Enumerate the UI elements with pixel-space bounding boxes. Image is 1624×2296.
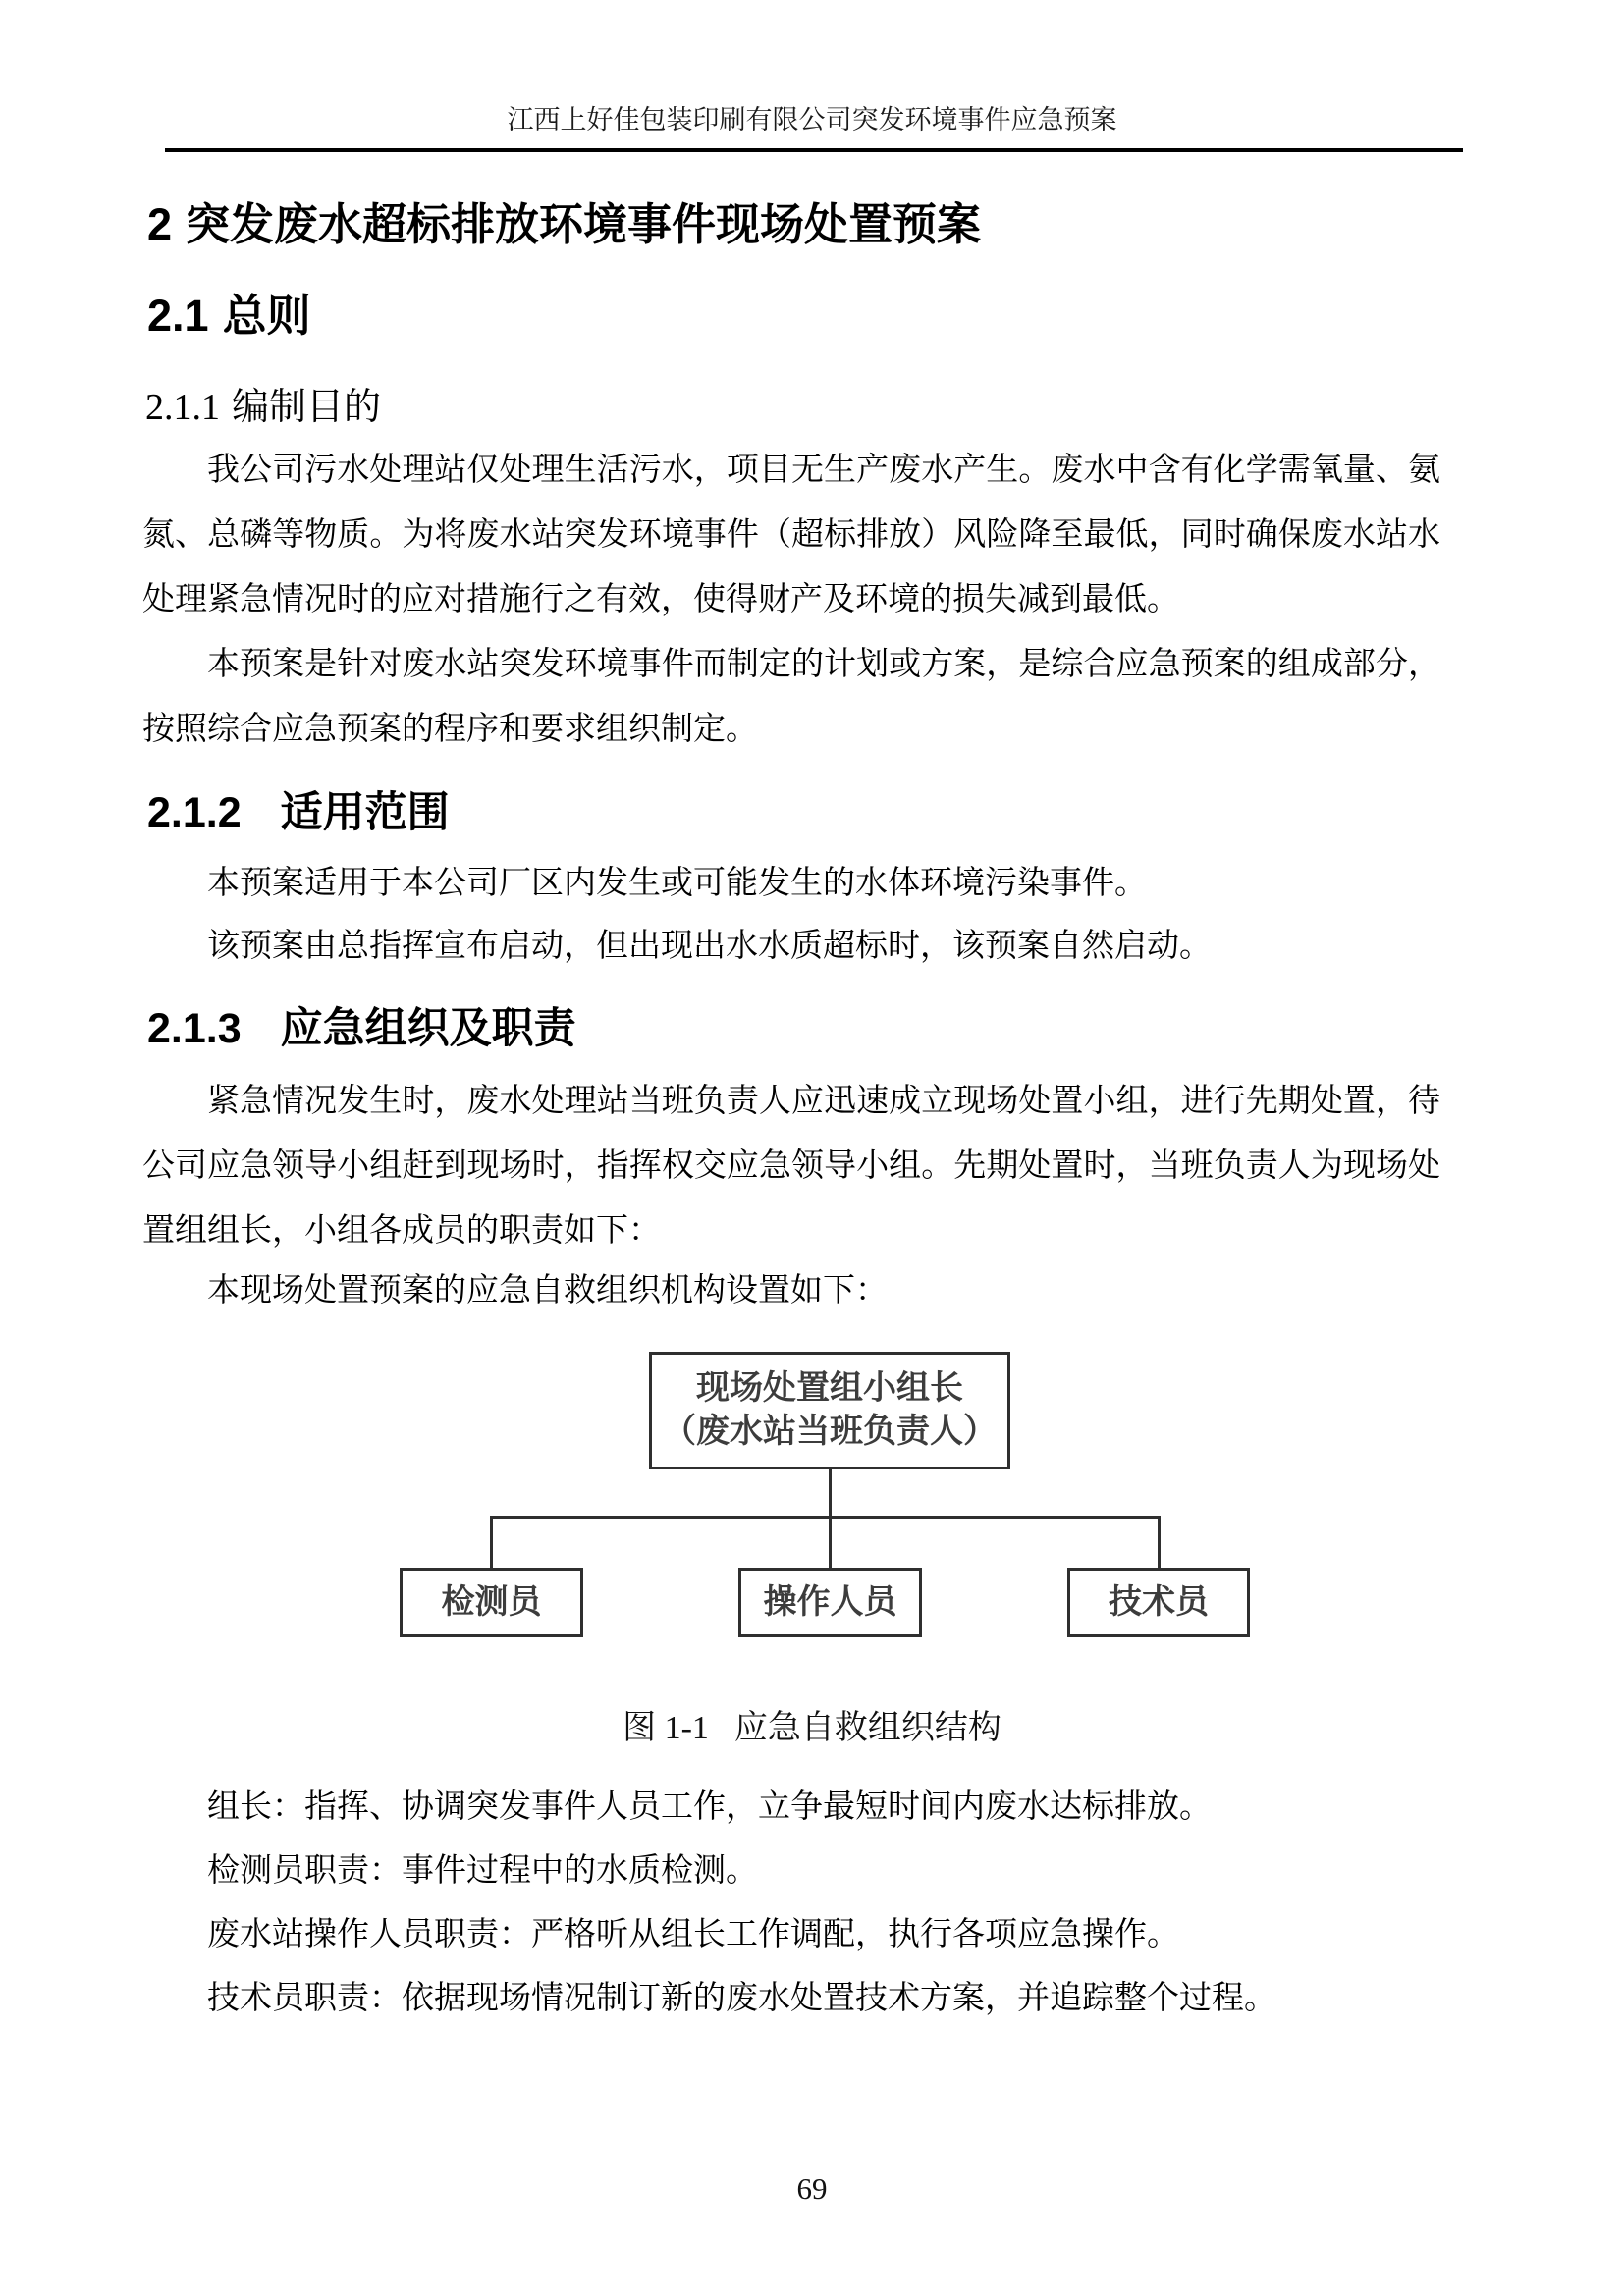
org-root-box: 现场处置组小组长 （废水站当班负责人） (649, 1352, 1010, 1469)
section-2-1-1-heading: 2.1.1编制目的 (145, 386, 381, 429)
connector-stub-middle (829, 1516, 832, 1570)
chapter-heading: 2突发废水超标排放环境事件现场处置预案 (147, 200, 981, 249)
figure-caption-label: 图 1-1 (623, 1710, 709, 1746)
connector-stub-right (1158, 1516, 1161, 1570)
connector-horizontal-line (491, 1516, 1161, 1519)
document-page: 江西上好佳包装印刷有限公司突发环境事件应急预案 2突发废水超标排放环境事件现场处… (0, 0, 1624, 2296)
duty-line-inspector: 检测员职责：事件过程中的水质检测。 (142, 1840, 1440, 1903)
paragraph: 本现场处置预案的应急自救组织机构设置如下： (142, 1258, 1440, 1323)
section-2-1-3-number: 2.1.3 (147, 1004, 242, 1053)
section-2-1-number: 2.1 (147, 292, 209, 341)
section-2-1-1-title: 编制目的 (232, 387, 381, 428)
paragraph: 该预案由总指挥宣布启动，但出现出水水质超标时，该预案自然启动。 (142, 914, 1440, 979)
section-2-1-3-title: 应急组织及职责 (281, 1005, 576, 1052)
duty-line-technician: 技术员职责：依据现场情况制订新的废水处置技术方案，并追踪整个过程。 (142, 1967, 1440, 2031)
section-2-1-2-heading: 2.1.2适用范围 (147, 788, 450, 837)
duty-line-leader: 组长：指挥、协调突发事件人员工作，立争最短时间内废水达标排放。 (142, 1776, 1440, 1840)
org-child-box-operators: 操作人员 (738, 1568, 922, 1637)
paragraph: 本预案是针对废水站突发环境事件而制定的计划或方案，是综合应急预案的组成部分，按照… (142, 632, 1440, 762)
org-child-box-inspector: 检测员 (400, 1568, 583, 1637)
figure-caption-title: 应急自救组织结构 (734, 1710, 1001, 1746)
connector-stub-left (490, 1516, 493, 1570)
org-root-line1: 现场处置组小组长 (696, 1367, 963, 1411)
chapter-number: 2 (147, 200, 172, 249)
connector-root-stem (829, 1469, 832, 1519)
figure-caption: 图 1-1应急自救组织结构 (0, 1707, 1624, 1750)
section-2-1-heading: 2.1总则 (147, 292, 311, 341)
paragraph: 紧急情况发生时，废水处理站当班负责人应迅速成立现场处置小组，进行先期处置，待公司… (142, 1069, 1440, 1263)
section-2-1-1-number: 2.1.1 (145, 387, 220, 428)
duty-line-operator: 废水站操作人员职责：严格听从组长工作调配，执行各项应急操作。 (142, 1903, 1440, 1967)
org-child-box-technician: 技术员 (1067, 1568, 1250, 1637)
paragraph: 本预案适用于本公司厂区内发生或可能发生的水体环境污染事件。 (142, 851, 1440, 916)
section-2-1-3-heading: 2.1.3应急组织及职责 (147, 1004, 576, 1053)
org-root-line2: （废水站当班负责人） (663, 1411, 997, 1454)
page-number: 69 (0, 2169, 1624, 2209)
section-2-1-title: 总则 (223, 291, 311, 341)
header-rule (165, 148, 1463, 152)
paragraph: 我公司污水处理站仅处理生活污水，项目无生产废水产生。废水中含有化学需氧量、氨氮、… (142, 438, 1440, 632)
section-2-1-2-title: 适用范围 (281, 789, 450, 836)
section-2-1-2-number: 2.1.2 (147, 788, 242, 837)
running-header-title: 江西上好佳包装印刷有限公司突发环境事件应急预案 (0, 100, 1624, 139)
chapter-title: 突发废水超标排放环境事件现场处置预案 (186, 199, 981, 249)
